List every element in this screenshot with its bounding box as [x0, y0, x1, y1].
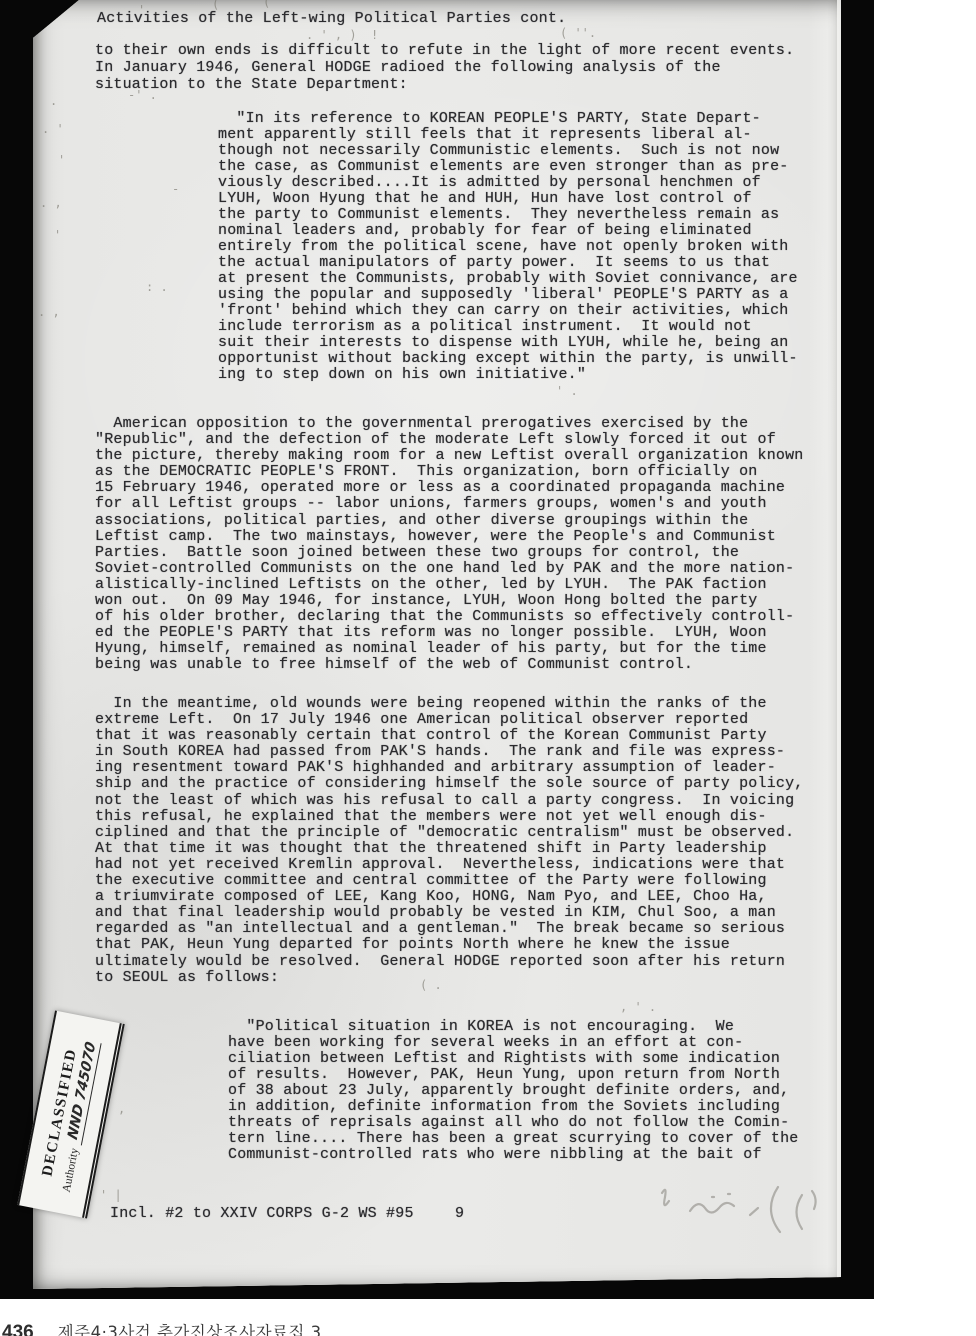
document-paper: Activities of the Left-wing Political Pa…: [33, 0, 841, 1290]
book-page: Activities of the Left-wing Political Pa…: [0, 0, 976, 1336]
caption-page-number: 436: [2, 1322, 34, 1336]
intro-paragraph: to their own ends is difficult to refute…: [95, 42, 794, 94]
enclosure-reference: Incl. #2 to XXIV CORPS G-2 WS #95: [110, 1205, 414, 1222]
state-department-quote: "In its reference to KOREAN PEOPLE'S PAR…: [218, 111, 798, 383]
signature-scribble: [650, 1175, 830, 1245]
stamp-authority-label: Authority: [61, 1147, 81, 1193]
caption-title: 제주4·3사건 추가진상조사자료집 3: [58, 1323, 322, 1336]
book-caption: 436제주4·3사건 추가진상조사자료집 3: [2, 1319, 322, 1336]
page-number: 9: [455, 1205, 464, 1222]
democratic-front-paragraph: American opposition to the governmental …: [95, 416, 804, 674]
document-heading: Activities of the Left-wing Political Pa…: [97, 10, 566, 27]
communist-party-paragraph: In the meantime, old wounds were being r…: [95, 696, 804, 986]
hodge-report-quote: "Political situation in KOREA is not enc…: [228, 1019, 799, 1163]
paper-edge-highlight: [837, 0, 841, 1290]
